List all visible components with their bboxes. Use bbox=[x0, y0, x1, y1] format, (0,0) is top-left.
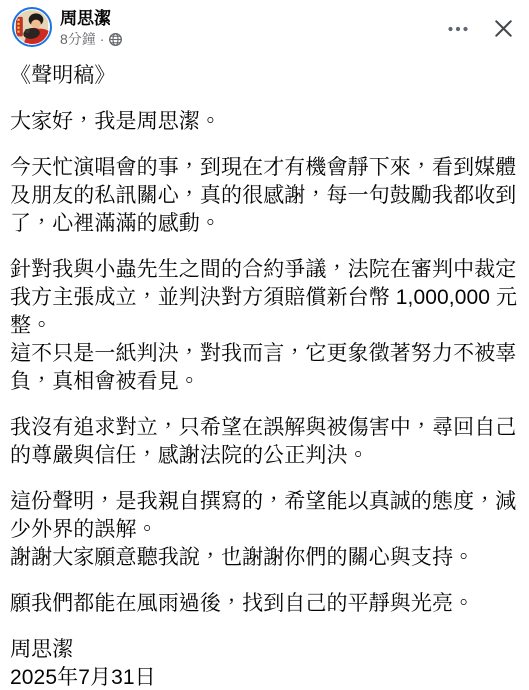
more-options-button[interactable] bbox=[446, 19, 470, 42]
post-signature: 周思潔 2025年7月31日 bbox=[10, 636, 519, 690]
post-timestamp[interactable]: 8分鐘 bbox=[60, 30, 96, 49]
post-content: 《聲明稿》 大家好，我是周思潔。 今天忙演唱會的事，到現在才有機會靜下來，看到媒… bbox=[0, 49, 529, 690]
avatar[interactable] bbox=[12, 7, 52, 47]
author-name[interactable]: 周思潔 bbox=[60, 8, 446, 29]
meta-separator: · bbox=[100, 30, 105, 49]
post-paragraph-title: 《聲明稿》 bbox=[10, 62, 519, 90]
close-icon bbox=[492, 17, 515, 43]
post-paragraph: 願我們都能在風雨過後，找到自己的平靜與光亮。 bbox=[10, 590, 519, 618]
post-paragraph: 今天忙演唱會的事，到現在才有機會靜下來，看到媒體 及朋友的私訊關心，真的很感謝，… bbox=[10, 154, 519, 238]
privacy-globe-icon bbox=[108, 32, 123, 47]
post-paragraph: 大家好，我是周思潔。 bbox=[10, 108, 519, 136]
post-paragraph: 這份聲明，是我親自撰寫的，希望能以真誠的態度，減 少外界的誤解。 謝謝大家願意聽… bbox=[10, 488, 519, 572]
post-paragraph: 我沒有追求對立，只希望在誤解與被傷害中，尋回自己 的尊嚴與信任，感謝法院的公正判… bbox=[10, 414, 519, 470]
post-meta: 8分鐘 · bbox=[60, 30, 446, 49]
close-button[interactable] bbox=[492, 17, 515, 43]
profile-photo bbox=[15, 10, 48, 43]
header-actions bbox=[446, 7, 515, 43]
post-paragraph: 針對我與小蟲先生之間的合約爭議，法院在審判中裁定 我方主張成立，並判決對方須賠償… bbox=[10, 256, 519, 396]
ellipsis-icon bbox=[446, 19, 470, 42]
header-text: 周思潔 8分鐘 · bbox=[60, 7, 446, 49]
post-header: 周思潔 8分鐘 · bbox=[0, 0, 529, 49]
